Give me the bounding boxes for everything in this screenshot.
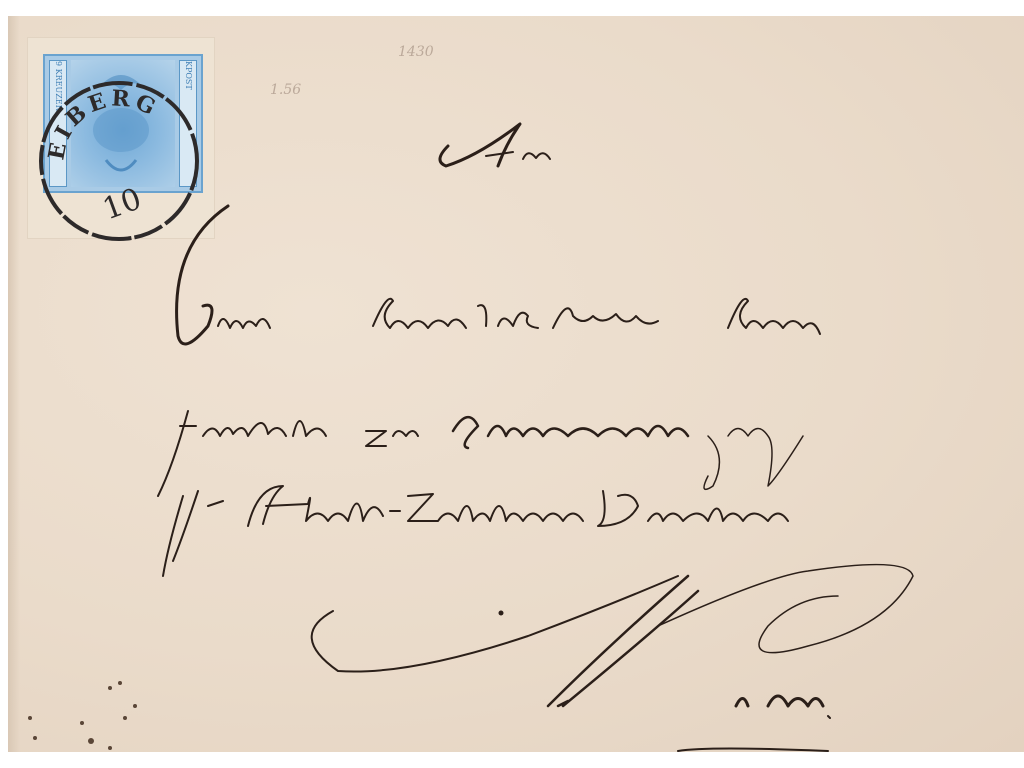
city-line	[312, 565, 913, 751]
address-line-2	[158, 411, 803, 496]
city-text: Wien.	[8, 16, 11, 17]
salutation-an	[440, 124, 550, 166]
address-line-1	[177, 206, 820, 344]
handwritten-address	[8, 16, 1024, 752]
envelope-cover: 9 KREUZER KPOST EIBERG 10 1430 1.56	[8, 16, 1024, 752]
address-line-3	[163, 486, 788, 576]
